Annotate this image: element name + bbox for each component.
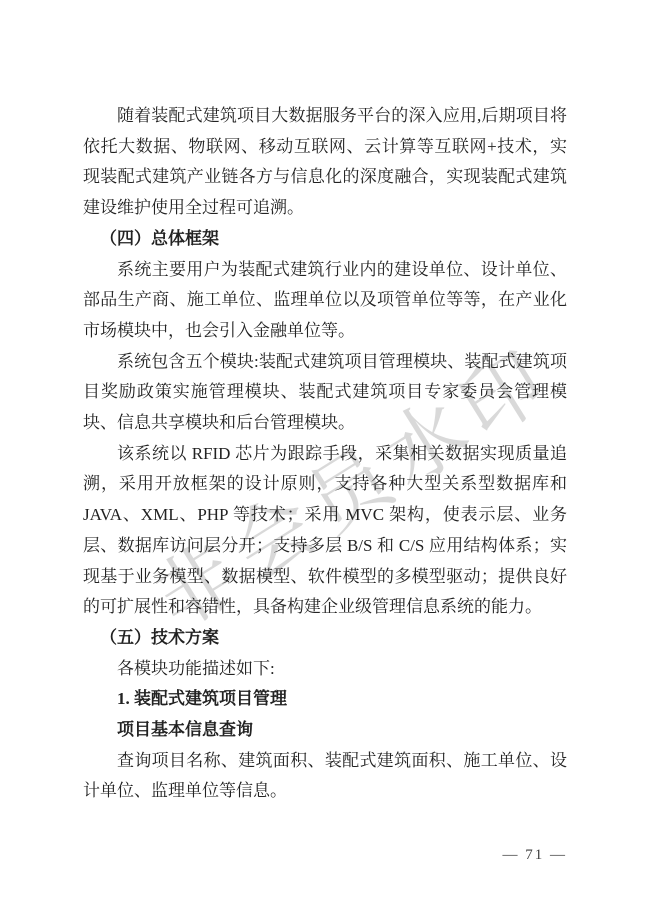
para-system-users: 系统主要用户为装配式建筑行业内的建设单位、设计单位、部品生产商、施工单位、监理单… — [83, 255, 567, 347]
para-platform-outlook: 随着装配式建筑项目大数据服务平台的深入应用,后期项目将依托大数据、物联网、移动互… — [83, 101, 567, 224]
subheading-1-prefab-project-management: 1. 装配式建筑项目管理 — [83, 684, 567, 715]
para-system-modules: 系统包含五个模块:装配式建筑项目管理模块、装配式建筑项目奖励政策实施管理模块、装… — [83, 347, 567, 439]
heading-section-4-overall-framework: （四）总体框架 — [83, 224, 567, 255]
subheading-project-basic-info-query: 项目基本信息查询 — [83, 715, 567, 746]
document-page: 非会员水印 随着装配式建筑项目大数据服务平台的深入应用,后期项目将依托大数据、物… — [0, 0, 650, 919]
document-body: 随着装配式建筑项目大数据服务平台的深入应用,后期项目将依托大数据、物联网、移动互… — [83, 101, 567, 807]
para-module-descriptions-intro: 各模块功能描述如下: — [83, 654, 567, 685]
page-footer: — 71 — — [83, 847, 567, 864]
heading-section-5-technical-plan: （五）技术方案 — [83, 623, 567, 654]
para-rfid-architecture: 该系统以 RFID 芯片为跟踪手段，采集相关数据实现质量追溯，采用开放框架的设计… — [83, 439, 567, 623]
para-query-project-info: 查询项目名称、建筑面积、装配式建筑面积、施工单位、设计单位、监理单位等信息。 — [83, 746, 567, 807]
page-number: — 71 — — [503, 847, 568, 863]
